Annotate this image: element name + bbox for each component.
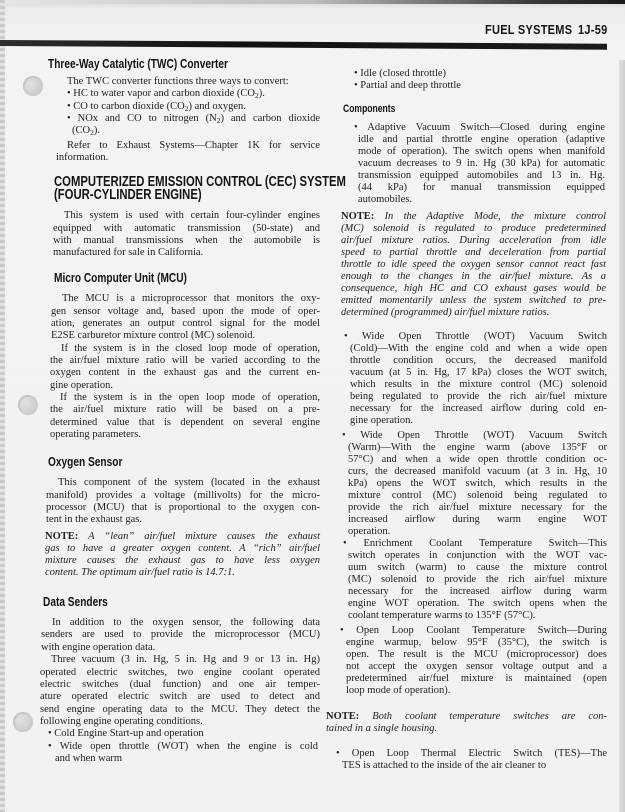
bullet-hc: • HC to water vapor and carbon dioxide (… [67, 88, 265, 100]
text-line: processor (MCU) that is proportional to … [46, 502, 320, 514]
text-line: transmission equipped automobiles and 13… [358, 170, 605, 182]
text-fragment: ). [259, 88, 265, 99]
text-line: manufactured for sale in California. [53, 247, 203, 259]
bullet-enrichment-coolant-switch: • Enrichment Coolant Temperature Switch—… [343, 538, 607, 550]
heading-components: Components [343, 103, 395, 115]
text-line: enough to the changes in the air/fuel mi… [341, 271, 606, 283]
text-line: The TWC converter functions three ways t… [67, 76, 289, 88]
text-line: operating parameters. [50, 429, 141, 441]
text-line: which results in the mixture control (MC… [350, 379, 607, 391]
text-line: engine warmup, below 95°F (35°C), the sw… [346, 637, 607, 649]
text-fragment: In the Adaptive Mode, the mixture contro… [385, 211, 606, 222]
text-line: speed to partial throttle and decelerati… [341, 247, 606, 259]
text-line: emitted momentarily unless the system sw… [341, 295, 606, 307]
text-line: equipped with automatic transmission (50… [53, 223, 320, 235]
text-line: oxygen content in the exhaust gas and th… [50, 367, 320, 379]
text-fragment: • HC to water vapor and carbon dioxide (… [67, 88, 255, 99]
text-line: the air/fuel mixture ratio will be based… [50, 404, 320, 416]
text-line: tent in the exhaust gas. [46, 514, 142, 526]
text-line: loop mode of operation). [346, 685, 450, 697]
text-line: tained in a single housing. [326, 723, 437, 735]
text-fragment: ) and carbon dioxide [220, 113, 320, 124]
note-coolant-line1: NOTE: Both coolant temperature switches … [326, 711, 607, 723]
text-line: automobiles. [358, 194, 412, 206]
text-line: gine operation. [350, 415, 413, 427]
text-line: The MCU is a microprocessor that monitor… [62, 293, 320, 305]
text-line: E2SE carburetor mixture control (MC) sol… [51, 330, 255, 342]
text-line: determined (programmed) air/fuel mixture… [341, 307, 549, 319]
text-line: mode of operation). The switch opens whe… [358, 146, 605, 158]
punch-hole-top [23, 76, 43, 96]
bullet-adaptive-vacuum-switch: • Adaptive Vacuum Switch—Closed during e… [354, 122, 605, 134]
punch-hole-middle [18, 395, 38, 415]
text-line: ature operated electric switch are used … [40, 691, 320, 703]
bullet-wot-cold: • Wide Open Throttle (WOT) Vacuum Switch [344, 331, 607, 343]
heading-cec-system-line2: (FOUR-CYLINDER ENGINE) [54, 189, 202, 201]
bullet-nox: • NOx and CO to nitrogen (N2) and carbon… [67, 113, 320, 125]
text-fragment: ). [94, 125, 100, 136]
text-line: predetermined air/fuel mixture is mainta… [346, 673, 607, 685]
heading-oxygen-sensor: Oxygen Sensor [48, 454, 122, 469]
text-line: In addition to the oxygen sensor, the fo… [52, 617, 320, 629]
page-top-edge [0, 0, 625, 4]
text-line: not accept the oxygen sensor voltage out… [346, 661, 607, 673]
text-line: send engine operating data to the MCU. T… [40, 704, 320, 716]
bullet-wot-warm: • Wide Open Throttle (WOT) Vacuum Switch [342, 430, 607, 442]
text-line: (Cold)—With the engine cold and when a w… [350, 343, 607, 355]
page-number: 1J-59 [578, 23, 607, 37]
heading-twc-converter: Three-Way Catalytic (TWC) Converter [48, 56, 228, 71]
bullet-cold-start: • Cold Engine Start-up and operation [48, 728, 204, 740]
text-line: information. [56, 152, 108, 164]
text-fragment: ) and oxygen. [188, 101, 245, 112]
bullet-tes: • Open Loop Thermal Electric Switch (TES… [336, 748, 607, 760]
text-line: (MC) solenoid to provide the rich air/fu… [348, 574, 607, 586]
text-line: mixture causes the exhaust gas to have l… [45, 555, 320, 567]
text-line: determined value that is dependent on se… [50, 417, 320, 429]
text-line: provide the rich air/fuel mixture necess… [348, 502, 607, 514]
text-fragment: Both coolant temperature switches are co… [372, 711, 607, 722]
text-line: electric switches (dual function) and on… [40, 679, 320, 691]
text-fragment: (CO [72, 125, 90, 136]
heading-mcu: Micro Computer Unit (MCU) [54, 270, 187, 285]
text-line: mixture control (MC) solenoid being regu… [348, 490, 607, 502]
text-line: This system is used with certain four-cy… [64, 210, 320, 222]
text-fragment: A “lean” air/fuel mixture causes the exh… [88, 531, 320, 542]
page-left-edge [0, 0, 5, 812]
text-line: open. The result is the MCU (microproces… [346, 649, 607, 661]
text-line: engine WOT operation. The switch opens w… [348, 598, 607, 610]
text-line: and when warm [55, 753, 122, 765]
text-line: with engine operation data. [41, 642, 155, 654]
text-fragment: • CO to carbon dioxide (CO [67, 101, 185, 112]
note-oxygen-line1: NOTE: A “lean” air/fuel mixture causes t… [45, 531, 320, 543]
text-line: switch operates in conjunction with the … [348, 550, 607, 562]
text-line: (44 kPa) for manual transmission equippe… [358, 182, 605, 194]
text-line: vacuum (at 5 in. Hg, 17 kPa) closes the … [350, 367, 607, 379]
text-line: kPa) opens the WOT switch, which results… [348, 478, 607, 490]
bullet-co: • CO to carbon dioxide (CO2) and oxygen. [67, 101, 246, 113]
text-line: content. The optimum air/fuel ratio is 1… [45, 567, 235, 579]
text-line: If the system is in the open loop mode o… [60, 392, 320, 404]
bullet-open-loop-coolant-switch: • Open Loop Coolant Temperature Switch—D… [340, 625, 607, 637]
text-line: being regulated to provide the rich air/… [350, 391, 607, 403]
note-adaptive-line1: NOTE: In the Adaptive Mode, the mixture … [341, 211, 606, 223]
text-line: TES is attached to the inside of the air… [342, 760, 546, 772]
note-label: NOTE: [341, 211, 374, 222]
text-line: gine operation. [50, 380, 113, 392]
bullet-idle: • Idle (closed throttle) [354, 68, 446, 80]
text-line: (Warm)—With the engine warm (above 135°F… [348, 442, 607, 454]
text-line: air/fuel mixture ratios. During accelera… [341, 235, 606, 247]
bullet-partial-throttle: • Partial and deep throttle [354, 80, 461, 92]
text-line: uum switch (warm) to cause the mixture c… [348, 562, 607, 574]
text-line: This component of the system (located in… [58, 477, 320, 489]
text-line: gas to have a greater oxygen content. A … [45, 543, 320, 555]
text-line: 57°C) and when a wide open throttle cond… [348, 454, 607, 466]
text-line: manifold) provides a voltage (millivolts… [46, 490, 320, 502]
text-line: curs, the decreased manifold vacuum (at … [348, 466, 607, 478]
text-line: vacuum decreases to 9 in. Hg (30 kPa) fo… [358, 158, 605, 170]
text-line: Three vacuum (3 in. Hg, 5 in. Hg and 9 o… [51, 654, 320, 666]
text-line: the air/fuel mixture ratio will be varie… [50, 355, 320, 367]
punch-hole-bottom [13, 712, 33, 732]
text-line: ation, generates an output control signa… [51, 318, 320, 330]
text-fragment: • NOx and CO to nitrogen (N [67, 113, 217, 124]
page-right-edge [619, 60, 625, 812]
bullet-wot: • Wide open throttle (WOT) when the engi… [48, 741, 318, 753]
text-line: following engine operating conditions. [40, 716, 203, 728]
text-line: necessary for the increased airflow duri… [348, 586, 607, 598]
text-line: coolant temperature warms to 135°F (57°C… [348, 610, 535, 622]
heading-data-senders: Data Senders [43, 594, 108, 609]
text-line: throttle condition occurs, the decreased… [350, 355, 607, 367]
note-label: NOTE: [326, 711, 359, 722]
text-line: consequence, high HC and CO exhaust gase… [341, 283, 606, 295]
note-label: NOTE: [45, 531, 78, 542]
text-line: (MC) solenoid is regulated to produce pr… [341, 223, 606, 235]
running-header-section: FUEL SYSTEMS [485, 23, 572, 37]
text-line: senders are used to provide the micropro… [41, 629, 320, 641]
text-line: operation. [348, 526, 390, 538]
text-line: If the system is in the closed loop mode… [61, 343, 320, 355]
text-line: idle and partial throttle engine operati… [358, 134, 605, 146]
text-line: throttle to idle speed the oxygen sensor… [341, 259, 606, 271]
bullet-nox-cont: (CO2). [72, 125, 100, 137]
text-line: increased airflow during warm engine WOT [348, 514, 607, 526]
text-line: operated electric switches, two engine c… [40, 667, 320, 679]
text-line: gen sensor voltage and, based upon the m… [51, 306, 320, 318]
text-line: Refer to Exhaust Systems—Chapter 1K for … [67, 140, 320, 152]
text-line: with manual transmissions when the autom… [53, 235, 320, 247]
text-line: necessary for the increased airflow duri… [350, 403, 607, 415]
